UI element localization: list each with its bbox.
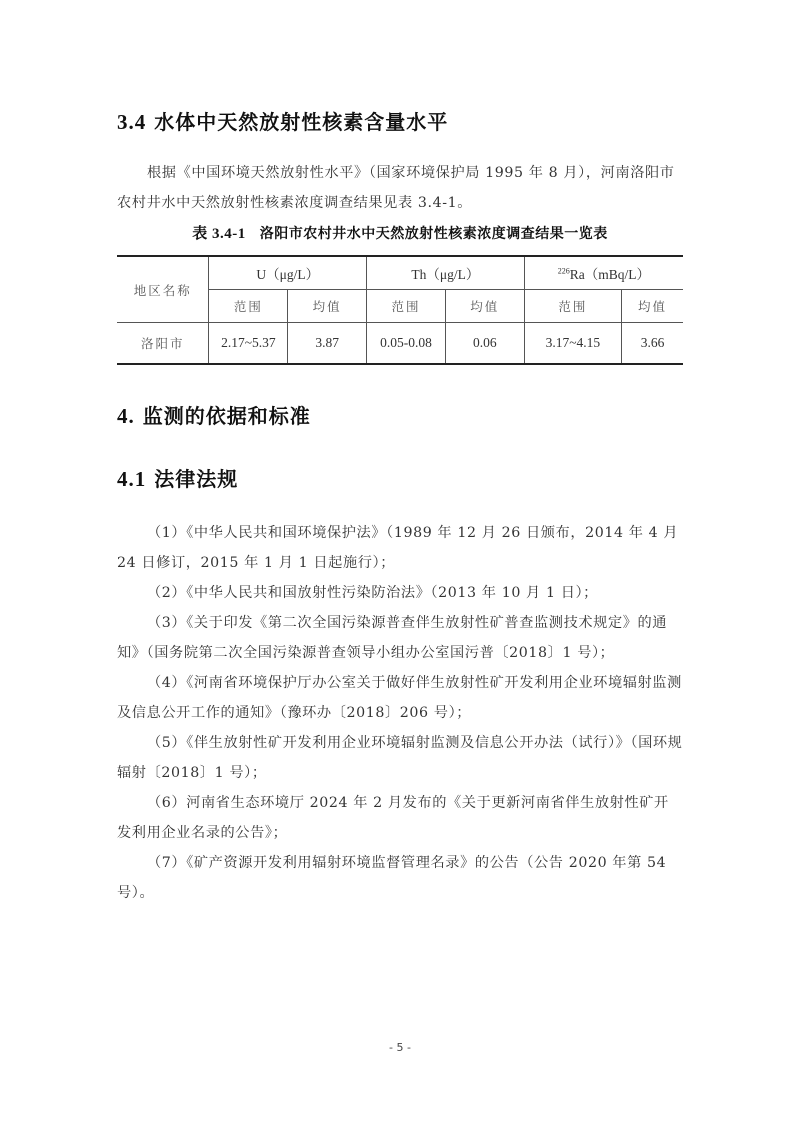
region-header: 地区名称 [117,256,209,323]
subheader-range: 范围 [524,290,621,323]
region-cell: 洛阳市 [117,323,209,365]
group-header-u: U（μg/L） [209,256,367,290]
group-header-th: Th（μg/L） [367,256,525,290]
group-header-ra: 226Ra（mBq/L） [524,256,683,290]
section-number: 4. [117,404,135,428]
regulations-list: （1）《中华人民共和国环境保护法》（1989 年 12 月 26 日颁布，201… [117,518,683,908]
subheader-range: 范围 [367,290,446,323]
u-mean-cell: 3.87 [288,323,367,365]
section-number: 3.4 [117,110,146,134]
ra-mean-cell: 3.66 [622,323,683,365]
subheader-mean: 均值 [288,290,367,323]
list-item: （6）河南省生态环境厅 2024 年 2 月发布的《关于更新河南省伴生放射性矿开… [117,788,683,848]
list-item: （3）《关于印发《第二次全国污染源普查伴生放射性矿普查监测技术规定》的通知》（国… [117,608,683,668]
th-mean-cell: 0.06 [445,323,524,365]
list-item: （7）《矿产资源开发利用辐射环境监督管理名录》的公告（公告 2020 年第 54… [117,848,683,908]
table-caption-title: 洛阳市农村井水中天然放射性核素浓度调查结果一览表 [260,226,608,242]
document-page: 3.4水体中天然放射性核素含量水平 根据《中国环境天然放射性水平》（国家环境保护… [0,0,800,1130]
section-number: 4.1 [117,467,146,491]
section-title: 监测的依据和标准 [143,404,311,428]
intro-paragraph-text: 根据《中国环境天然放射性水平》（国家环境保护局 1995 年 8 月），河南洛阳… [117,165,675,211]
table-caption-number: 表 3.4-1 [192,226,246,242]
page-number: - 5 - [0,1041,800,1054]
table-caption: 表 3.4-1洛阳市农村井水中天然放射性核素浓度调查结果一览表 [0,222,800,243]
subheader-range: 范围 [209,290,288,323]
list-item: （1）《中华人民共和国环境保护法》（1989 年 12 月 26 日颁布，201… [117,518,683,578]
subheader-mean: 均值 [622,290,683,323]
concentration-table: 地区名称 U（μg/L） Th（μg/L） 226Ra（mBq/L） 范围 均值… [117,255,683,365]
intro-paragraph: 根据《中国环境天然放射性水平》（国家环境保护局 1995 年 8 月），河南洛阳… [117,158,683,218]
section-heading-3-4: 3.4水体中天然放射性核素含量水平 [117,106,448,135]
table-row: 洛阳市 2.17~5.37 3.87 0.05-0.08 0.06 3.17~4… [117,323,683,365]
th-range-cell: 0.05-0.08 [367,323,446,365]
section-heading-4: 4.监测的依据和标准 [117,400,311,429]
table-header-row: 地区名称 U（μg/L） Th（μg/L） 226Ra（mBq/L） [117,256,683,290]
section-title: 法律法规 [154,467,238,491]
u-range-cell: 2.17~5.37 [209,323,288,365]
ra-range-cell: 3.17~4.15 [524,323,621,365]
list-item: （2）《中华人民共和国放射性污染防治法》（2013 年 10 月 1 日）； [117,578,683,608]
subheader-mean: 均值 [445,290,524,323]
list-item: （4）《河南省环境保护厅办公室关于做好伴生放射性矿开发利用企业环境辐射监测及信息… [117,668,683,728]
section-heading-4-1: 4.1法律法规 [117,463,238,492]
list-item: （5）《伴生放射性矿开发利用企业环境辐射监测及信息公开办法（试行）》（国环规辐射… [117,728,683,788]
section-title: 水体中天然放射性核素含量水平 [154,110,448,134]
